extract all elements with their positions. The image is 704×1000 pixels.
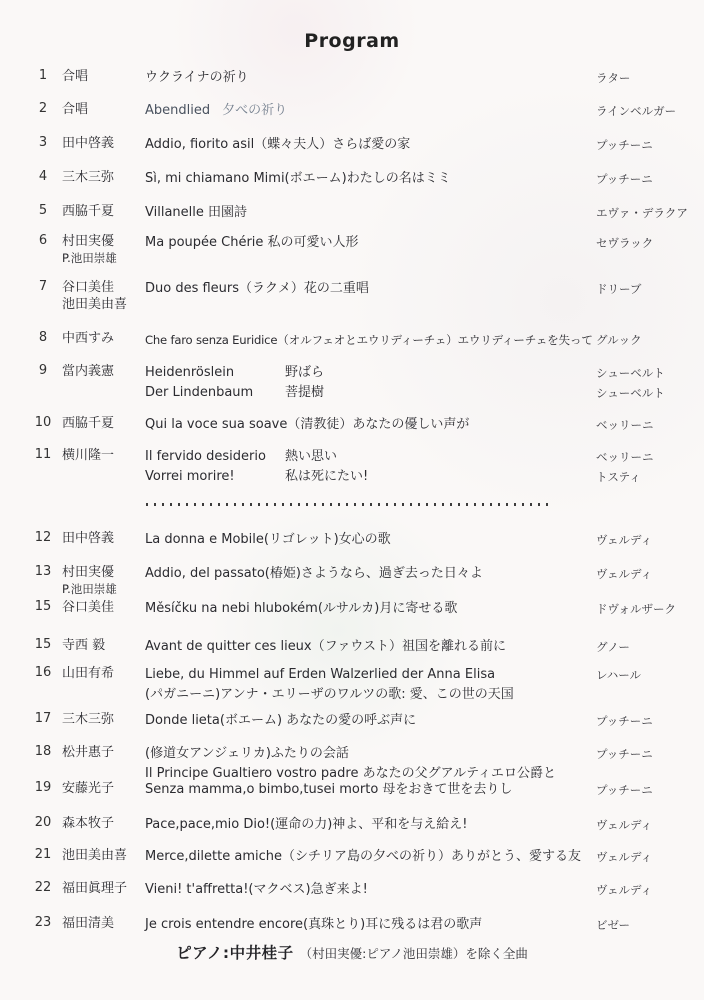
program-number: 13 (29, 564, 57, 579)
composer-name: ラター (596, 68, 700, 88)
performer-name: 三木三弥 (62, 711, 144, 728)
performer-name-primary: 森本牧子 (62, 816, 114, 831)
song-title: Avant de quitter ces lieux（ファウスト）祖国を離れる前… (145, 637, 506, 657)
song-titles: Villanelle 田園詩 (145, 203, 597, 223)
program-number: 18 (29, 744, 57, 759)
program-number: 11 (29, 447, 57, 462)
composer-name: セヴラック (596, 233, 700, 253)
song-title-line: Addio, del passato(椿姫)さようなら、過ぎ去った日々よ (145, 564, 597, 584)
composer-name: シューベルト (596, 383, 700, 403)
song-title: Vieni! t'affretta!(マクベス)急ぎ来よ! (145, 880, 368, 900)
song-title-line: Sì, mi chiamano Mimi(ボエーム)わたしの名はミミ (145, 169, 597, 189)
song-title-line: Villanelle 田園詩 (145, 203, 597, 223)
performer-name: 福田眞理子 (62, 880, 144, 897)
program-number: 16 (29, 665, 57, 680)
composer-name: グルック (596, 330, 700, 350)
song-title-line: (修道女アンジェリカ)ふたりの会話 (145, 744, 597, 764)
song-title-jp: 菩提樹 (285, 383, 324, 403)
song-title-line: ウクライナの祈り (145, 68, 597, 88)
song-titles: ウクライナの祈り (145, 68, 597, 88)
song-titles: (修道女アンジェリカ)ふたりの会話Il Principe Gualtiero v… (145, 744, 597, 784)
performer-name: 谷口美佳池田美由喜 (62, 279, 144, 313)
performer-name: 安藤光子 (62, 780, 144, 797)
song-title-line: Duo des fleurs（ラクメ）花の二重唱 (145, 279, 597, 299)
program-number: 19 (29, 780, 57, 795)
footer: ピアノ:中井桂子（村田実優:ピアノ池田崇雄）を除く全曲 (0, 941, 704, 963)
composer-name: ヴェルディ (596, 847, 700, 867)
performer-name-primary: 池田美由喜 (62, 848, 127, 863)
program-number: 15 (29, 637, 57, 652)
song-title-line: Avant de quitter ces lieux（ファウスト）祖国を離れる前… (145, 637, 597, 657)
song-title-line: Vieni! t'affretta!(マクベス)急ぎ来よ! (145, 880, 597, 900)
song-title: Villanelle 田園詩 (145, 203, 247, 223)
song-title-line: La donna e Mobile(リゴレット)女心の歌 (145, 530, 597, 550)
composer-name: レハール (596, 665, 700, 685)
performer-name: 山田有希 (62, 665, 144, 682)
composer-name: トスティ (596, 467, 700, 487)
composer-column: ベッリーニトスティ (596, 447, 700, 487)
composer-name: プッチーニ (596, 711, 700, 731)
song-title: Ma poupée Chérie 私の可愛い人形 (145, 233, 359, 253)
composer-column: ヴェルディ (596, 530, 700, 550)
performer-name-primary: 松井惠子 (62, 745, 114, 760)
song-title: Heidenröslein (145, 363, 285, 383)
performer-name-primary: 谷口美佳 (62, 600, 114, 615)
composer-column: ヴェルディ (596, 880, 700, 900)
song-title: Senza mamma,o bimbo,tusei morto 母をおきて世を去… (145, 780, 512, 800)
composer-column: プッチーニ (596, 135, 700, 155)
composer-column: ラター (596, 68, 700, 88)
composer-name: ドリーブ (596, 279, 700, 299)
performer-name: 合唱 (62, 68, 144, 85)
composer-column: プッチーニ (596, 711, 700, 731)
song-title-jp: 熱い思い (285, 447, 337, 467)
performer-name-primary: 寺西 毅 (62, 638, 105, 653)
program-number: 23 (29, 915, 57, 930)
composer-column: エヴァ・デラクア (596, 203, 700, 223)
song-titles: Vieni! t'affretta!(マクベス)急ぎ来よ! (145, 880, 597, 900)
performer-name-primary: 合唱 (62, 102, 88, 117)
song-title-line: Liebe, du Himmel auf Erden Walzerlied de… (145, 665, 597, 685)
song-title: (パガニーニ)アンナ・エリーザのワルツの歌: 愛、この世の天国 (145, 685, 514, 705)
composer-name: シューベルト (596, 363, 700, 383)
composer-name: ベッリーニ (596, 415, 700, 435)
performer-name-primary: 村田実優 (62, 234, 114, 249)
song-title-line: Vorrei morire!私は死にたい! (145, 467, 597, 487)
performer-name: 横川隆一 (62, 447, 144, 464)
composer-column: ベッリーニ (596, 415, 700, 435)
performer-name: 松井惠子 (62, 744, 144, 761)
program-number: 6 (29, 233, 57, 248)
performer-name: 寺西 毅 (62, 637, 144, 654)
program-number: 20 (29, 815, 57, 830)
song-titles: Duo des fleurs（ラクメ）花の二重唱 (145, 279, 597, 299)
performer-name-primary: 當内義憲 (62, 364, 114, 379)
performer-name: 福田清美 (62, 915, 144, 932)
song-title: Pace,pace,mio Dio!(運命の力)神よ、平和を与え給え! (145, 815, 468, 835)
song-title-line: Ma poupée Chérie 私の可愛い人形 (145, 233, 597, 253)
song-title: Sì, mi chiamano Mimi(ボエーム)わたしの名はミミ (145, 169, 451, 189)
song-titles: Měsíčku na nebi hlubokém(ルサルカ)月に寄せる歌 (145, 599, 597, 619)
dotted-separator (146, 503, 554, 506)
song-title: Der Lindenbaum (145, 383, 285, 403)
piano-note: （村田実優:ピアノ池田崇雄）を除く全曲 (300, 946, 528, 961)
composer-name: ベッリーニ (596, 447, 700, 467)
composer-name: ヴェルディ (596, 530, 700, 550)
song-title-line: (パガニーニ)アンナ・エリーザのワルツの歌: 愛、この世の天国 (145, 685, 597, 705)
performer-name-secondary: P.池田崇雄 (62, 581, 144, 598)
song-title: (修道女アンジェリカ)ふたりの会話 (145, 744, 349, 764)
song-titles: Qui la voce sua soave（清教徒）あなたの優しい声が (145, 415, 597, 435)
song-title-line: Merce,dilette amiche（シチリア島の夕べの祈り）ありがとう、愛… (145, 847, 597, 867)
performer-name-primary: 三木三弥 (62, 170, 114, 185)
composer-name: プッチーニ (596, 780, 700, 800)
performer-name-secondary: P.池田崇雄 (62, 250, 144, 267)
song-title-line: Je crois entendre encore(真珠とり)耳に残るは君の歌声 (145, 915, 597, 935)
composer-column: セヴラック (596, 233, 700, 253)
performer-name: 村田実優P.池田崇雄 (62, 564, 144, 598)
performer-name-primary: 田中啓義 (62, 136, 114, 151)
song-title-jp: 野ばら (285, 363, 324, 383)
composer-column: ドリーブ (596, 279, 700, 299)
song-title: Qui la voce sua soave（清教徒）あなたの優しい声が (145, 415, 469, 435)
song-title: Addio, fiorito asil（蝶々夫人）さらば愛の家 (145, 135, 410, 155)
song-titles: Il fervido desiderio熱い思いVorrei morire!私は… (145, 447, 597, 487)
song-title-line: Heidenröslein野ばら (145, 363, 597, 383)
song-titles: Sì, mi chiamano Mimi(ボエーム)わたしの名はミミ (145, 169, 597, 189)
page-title: Program (0, 30, 704, 52)
performer-name: 西脇千夏 (62, 203, 144, 220)
performer-name-primary: 中西すみ (62, 331, 114, 346)
composer-name: ビゼー (596, 915, 700, 935)
song-titles: Pace,pace,mio Dio!(運命の力)神よ、平和を与え給え! (145, 815, 597, 835)
program-number: 17 (29, 711, 57, 726)
performer-name: 三木三弥 (62, 169, 144, 186)
song-titles: Ma poupée Chérie 私の可愛い人形 (145, 233, 597, 253)
song-title-line: Che faro senza Euridice（オルフェオとエウリディーチェ）エ… (145, 330, 597, 350)
song-titles: Heidenröslein野ばらDer Lindenbaum菩提樹 (145, 363, 597, 403)
song-title-line: Qui la voce sua soave（清教徒）あなたの優しい声が (145, 415, 597, 435)
composer-column: グルック (596, 330, 700, 350)
song-titles: Donde lieta(ボエーム) あなたの愛の呼ぶ声に (145, 711, 597, 731)
song-title: Addio, del passato(椿姫)さようなら、過ぎ去った日々よ (145, 564, 483, 584)
composer-name: プッチーニ (596, 744, 700, 764)
program-number: 5 (29, 203, 57, 218)
song-title: Duo des fleurs（ラクメ）花の二重唱 (145, 279, 369, 299)
program-number: 15 (29, 599, 57, 614)
composer-column: プッチーニ (596, 169, 700, 189)
performer-name: 森本牧子 (62, 815, 144, 832)
performer-name: 田中啓義 (62, 135, 144, 152)
performer-name: 池田美由喜 (62, 847, 144, 864)
composer-column: ヴェルディ (596, 847, 700, 867)
song-title: Che faro senza Euridice（オルフェオとエウリディーチェ）エ… (145, 330, 593, 350)
performer-name: 合唱 (62, 101, 144, 118)
program-number: 9 (29, 363, 57, 378)
program-number: 2 (29, 101, 57, 116)
performer-name: 村田実優P.池田崇雄 (62, 233, 144, 267)
song-title: La donna e Mobile(リゴレット)女心の歌 (145, 530, 391, 550)
composer-name: ヴェルディ (596, 815, 700, 835)
song-titles: Addio, del passato(椿姫)さようなら、過ぎ去った日々よ (145, 564, 597, 584)
song-titles: Avant de quitter ces lieux（ファウスト）祖国を離れる前… (145, 637, 597, 657)
song-title: Liebe, du Himmel auf Erden Walzerlied de… (145, 665, 495, 685)
composer-name: プッチーニ (596, 135, 700, 155)
song-titles: Je crois entendre encore(真珠とり)耳に残るは君の歌声 (145, 915, 597, 935)
composer-name: プッチーニ (596, 169, 700, 189)
song-titles: Senza mamma,o bimbo,tusei morto 母をおきて世を去… (145, 780, 597, 800)
program-number: 4 (29, 169, 57, 184)
song-title: Měsíčku na nebi hlubokém(ルサルカ)月に寄せる歌 (145, 599, 457, 619)
composer-column: グノー (596, 637, 700, 657)
song-titles: Liebe, du Himmel auf Erden Walzerlied de… (145, 665, 597, 705)
song-title-line: Il fervido desiderio熱い思い (145, 447, 597, 467)
performer-name-primary: 谷口美佳 (62, 280, 114, 295)
performer-name-primary: 横川隆一 (62, 448, 114, 463)
performer-name: 中西すみ (62, 330, 144, 347)
song-title: Je crois entendre encore(真珠とり)耳に残るは君の歌声 (145, 915, 482, 935)
program-number: 12 (29, 530, 57, 545)
song-title: Donde lieta(ボエーム) あなたの愛の呼ぶ声に (145, 711, 416, 731)
song-title-line: Donde lieta(ボエーム) あなたの愛の呼ぶ声に (145, 711, 597, 731)
song-title: Merce,dilette amiche（シチリア島の夕べの祈り）ありがとう、愛… (145, 847, 581, 867)
composer-column: シューベルトシューベルト (596, 363, 700, 403)
performer-name: 谷口美佳 (62, 599, 144, 616)
composer-column: ビゼー (596, 915, 700, 935)
song-title-jp: 私は死にたい! (285, 467, 368, 487)
program-page: Program 1合唱ウクライナの祈りラター2合唱Abendlied夕べの祈りラ… (0, 0, 704, 1000)
performer-name-primary: 西脇千夏 (62, 204, 114, 219)
program-number: 8 (29, 330, 57, 345)
performer-name: 西脇千夏 (62, 415, 144, 432)
composer-name: ヴェルディ (596, 564, 700, 584)
program-number: 1 (29, 68, 57, 83)
performer-name-primary: 福田眞理子 (62, 881, 127, 896)
song-title-line: Pace,pace,mio Dio!(運命の力)神よ、平和を与え給え! (145, 815, 597, 835)
song-title: Abendlied (145, 101, 210, 121)
performer-name-primary: 西脇千夏 (62, 416, 114, 431)
song-title: ウクライナの祈り (145, 68, 249, 88)
composer-column: ヴェルディ (596, 564, 700, 584)
composer-column: ドヴォルザーク (596, 599, 700, 619)
song-titles: Che faro senza Euridice（オルフェオとエウリディーチェ）エ… (145, 330, 597, 350)
performer-name-primary: 福田清美 (62, 916, 114, 931)
performer-name: 田中啓義 (62, 530, 144, 547)
song-title-line: Měsíčku na nebi hlubokém(ルサルカ)月に寄せる歌 (145, 599, 597, 619)
performer-name-primary: 三木三弥 (62, 712, 114, 727)
composer-column: ヴェルディ (596, 815, 700, 835)
song-titles: La donna e Mobile(リゴレット)女心の歌 (145, 530, 597, 550)
composer-name: グノー (596, 637, 700, 657)
song-title-line: Senza mamma,o bimbo,tusei morto 母をおきて世を去… (145, 780, 597, 800)
performer-name-primary: 田中啓義 (62, 531, 114, 546)
composer-column: プッチーニ (596, 780, 700, 800)
performer-name: 當内義憲 (62, 363, 144, 380)
composer-name: ヴェルディ (596, 880, 700, 900)
song-titles: Abendlied夕べの祈り (145, 101, 597, 121)
song-title: Il fervido desiderio (145, 447, 285, 467)
composer-name: エヴァ・デラクア (596, 203, 700, 223)
composer-column: ラインベルガー (596, 101, 700, 121)
performer-name-primary: 山田有希 (62, 666, 114, 681)
composer-name: ラインベルガー (596, 101, 700, 121)
composer-column: プッチーニ (596, 744, 700, 764)
program-number: 7 (29, 279, 57, 294)
song-titles: Merce,dilette amiche（シチリア島の夕べの祈り）ありがとう、愛… (145, 847, 597, 867)
performer-name-primary: 合唱 (62, 69, 88, 84)
program-number: 10 (29, 415, 57, 430)
performer-name-primary: 安藤光子 (62, 781, 114, 796)
program-number: 21 (29, 847, 57, 862)
song-title-jp: 夕べの祈り (222, 101, 287, 121)
piano-credit: ピアノ:中井桂子 (176, 944, 293, 962)
song-title: Vorrei morire! (145, 467, 285, 487)
performer-name-secondary: 池田美由喜 (62, 296, 144, 313)
program-number: 3 (29, 135, 57, 150)
song-title-line: Addio, fiorito asil（蝶々夫人）さらば愛の家 (145, 135, 597, 155)
song-titles: Addio, fiorito asil（蝶々夫人）さらば愛の家 (145, 135, 597, 155)
composer-column: レハール (596, 665, 700, 685)
song-title-line: Der Lindenbaum菩提樹 (145, 383, 597, 403)
song-title-line: Abendlied夕べの祈り (145, 101, 597, 121)
program-number: 22 (29, 880, 57, 895)
composer-name: ドヴォルザーク (596, 599, 700, 619)
performer-name-primary: 村田実優 (62, 565, 114, 580)
